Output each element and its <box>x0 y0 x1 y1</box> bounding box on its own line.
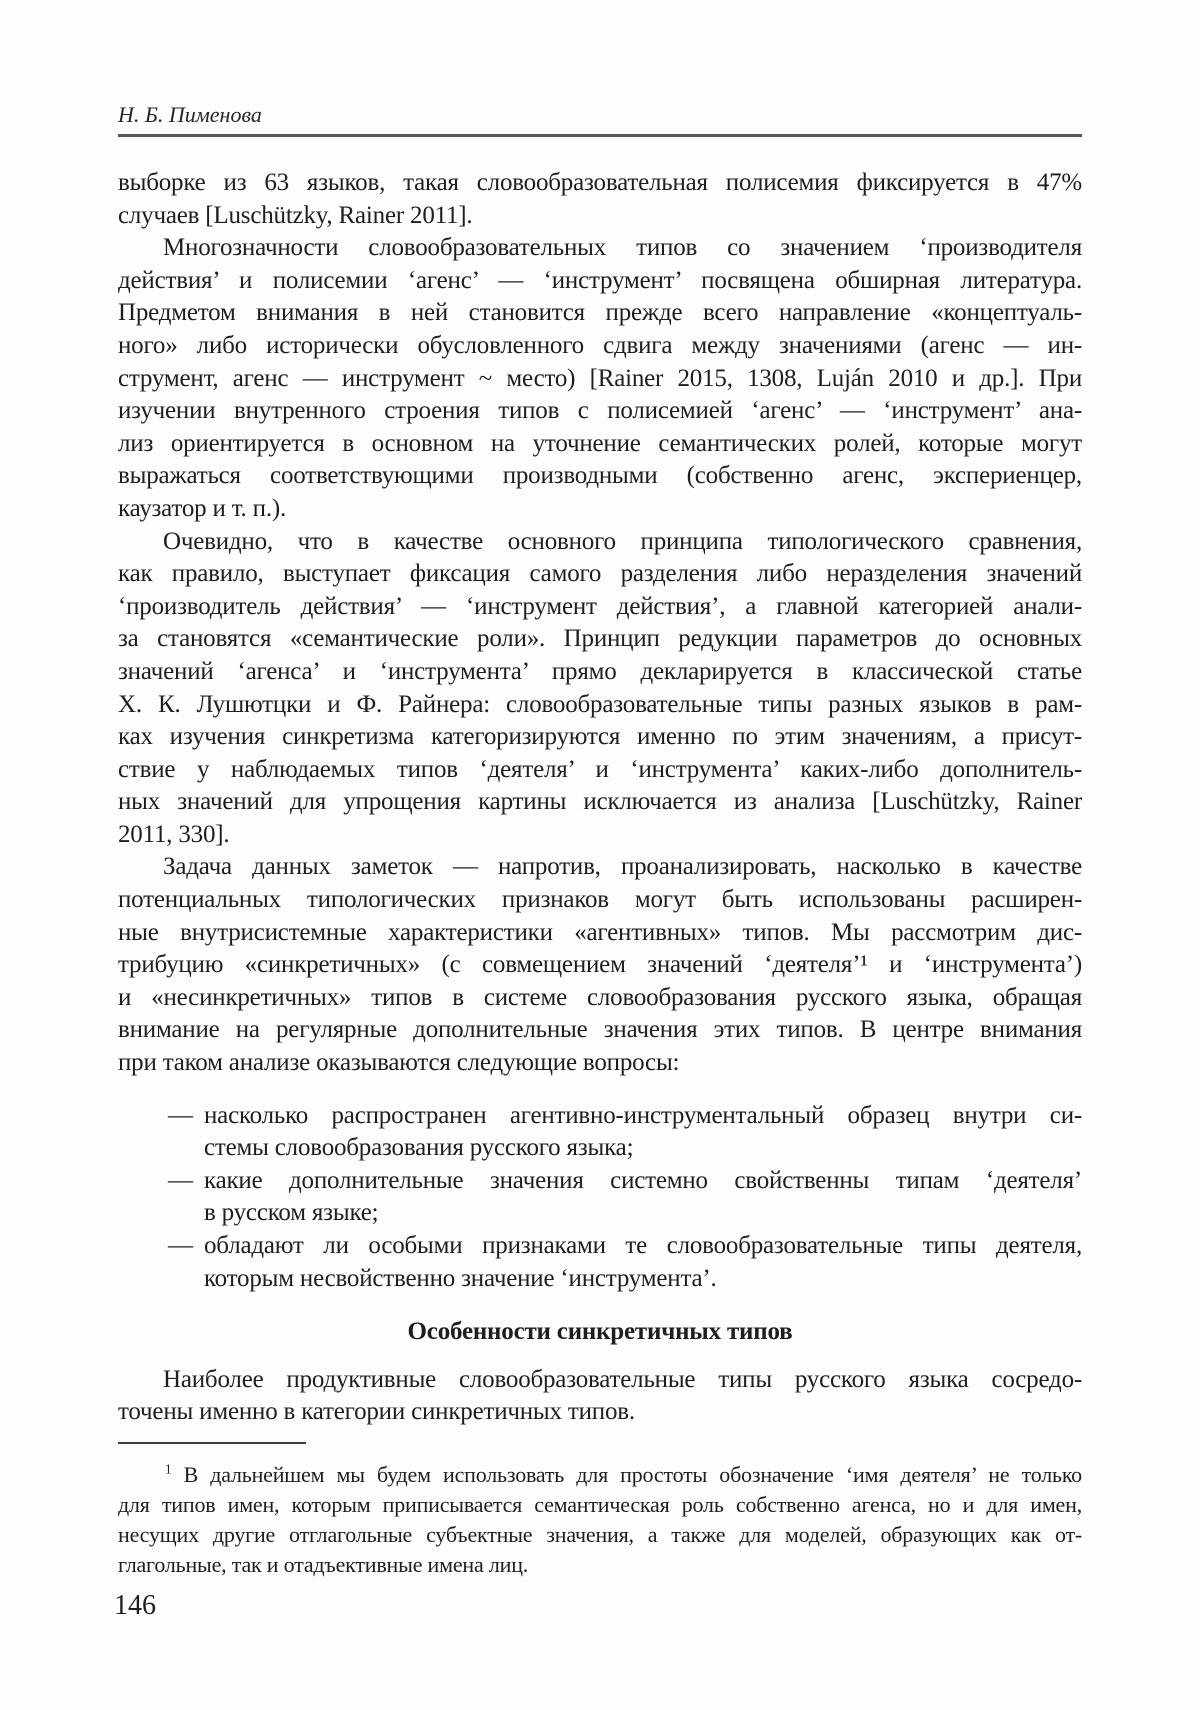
paragraph: Наиболее продуктивные словообразовательн… <box>118 1364 1082 1429</box>
paragraph: Многозначности словообразовательных типо… <box>118 232 1082 525</box>
text-line: в русском языке; <box>204 1197 1082 1230</box>
text-line: Х. К. Лушютцки и Ф. Райнера: словообразо… <box>118 689 1082 722</box>
text-line: потенциальных типологических признаков м… <box>118 884 1082 917</box>
text-line: случаев [Luschützky, Rainer 2011]. <box>118 200 1082 233</box>
text-line: какие дополнительные значения системно с… <box>204 1165 1082 1198</box>
list-item: —обладают ли особыми признаками те слово… <box>118 1230 1082 1295</box>
list-item: —какие дополнительные значения системно … <box>118 1165 1082 1230</box>
text-line: Очевидно, что в качестве основного принц… <box>118 526 1082 559</box>
footnote-marker: 1 <box>165 1462 171 1477</box>
text-line: ках изучения синкретизма категоризируютс… <box>118 721 1082 754</box>
list-dash: — <box>168 1230 193 1263</box>
question-list: —насколько распространен агентивно-инстр… <box>118 1100 1082 1296</box>
text-line: 2011, 330]. <box>118 819 1082 852</box>
text-line: ствие у наблюдаемых типов ‘деятеля’ и ‘и… <box>118 754 1082 787</box>
list-item: —насколько распространен агентивно-инстр… <box>118 1100 1082 1165</box>
text-line: выборке из 63 языков, такая словообразов… <box>118 167 1082 200</box>
body-text: выборке из 63 языков, такая словообразов… <box>118 167 1082 1429</box>
text-line: каузатор и т. п.). <box>118 493 1082 526</box>
footnote-line: несущих другие отглагольные субъектные з… <box>118 1520 1082 1550</box>
list-dash: — <box>168 1165 193 1198</box>
text-line: Задача данных заметок — напротив, проана… <box>118 851 1082 884</box>
text-line: трибуцию «синкретичных» (с совмещением з… <box>118 949 1082 982</box>
page-number: 146 <box>114 1590 156 1622</box>
text-line: за становятся «семантические роли». Прин… <box>118 623 1082 656</box>
text-line: при таком анализе оказываются следующие … <box>118 1047 1082 1080</box>
text-line: действия’ и полисемии ‘агенс’ — ‘инструм… <box>118 265 1082 298</box>
footnote-line: глагольные, так и отадъективные имена ли… <box>118 1550 1082 1580</box>
document-page: Н. Б. Пименова выборке из 63 языков, так… <box>0 0 1200 1710</box>
text-line: ного» либо исторически обусловленного сд… <box>118 330 1082 363</box>
text-line: ‘производитель действия’ — ‘инструмент д… <box>118 591 1082 624</box>
text-line: точены именно в категории синкретичных т… <box>118 1396 1082 1429</box>
header-rule <box>118 134 1082 137</box>
text-line: струмент, агенс — инструмент ~ место) [R… <box>118 363 1082 396</box>
footnote-line: для типов имен, которым приписывается се… <box>118 1490 1082 1520</box>
text-line: насколько распространен агентивно-инстру… <box>204 1100 1082 1133</box>
text-line: изучении внутренного строения типов с по… <box>118 395 1082 428</box>
running-head: Н. Б. Пименова <box>118 103 1082 127</box>
text-line: ных значений для упрощения картины исклю… <box>118 786 1082 819</box>
text-line: стемы словообразования русского языка; <box>204 1132 1082 1165</box>
running-head-author: Н. Б. Пименова <box>118 102 262 127</box>
footnote-line: 1 В дальнейшем мы будем использовать для… <box>118 1460 1082 1490</box>
footnote: 1 В дальнейшем мы будем использовать для… <box>118 1460 1082 1580</box>
section-heading: Особенности синкретичных типов <box>118 1316 1082 1349</box>
text-line: Наиболее продуктивные словообразовательн… <box>118 1364 1082 1397</box>
paragraph: Очевидно, что в качестве основного принц… <box>118 526 1082 852</box>
text-line: обладают ли особыми признаками те словоо… <box>204 1230 1082 1263</box>
text-line: Предметом внимания в ней становится преж… <box>118 297 1082 330</box>
text-line: значений ‘агенса’ и ‘инструмента’ прямо … <box>118 656 1082 689</box>
text-line: как правило, выступает фиксация самого р… <box>118 558 1082 591</box>
text-line: Многозначности словообразовательных типо… <box>118 232 1082 265</box>
text-line: лиз ориентируется в основном на уточнени… <box>118 428 1082 461</box>
text-block: Н. Б. Пименова выборке из 63 языков, так… <box>118 103 1082 1580</box>
text-line: ные внутрисистемные характеристики «аген… <box>118 917 1082 950</box>
text-line: которым несвойственно значение ‘инструме… <box>204 1263 1082 1296</box>
paragraph: Задача данных заметок — напротив, проана… <box>118 851 1082 1079</box>
text-line: выражаться соответствующими производными… <box>118 460 1082 493</box>
text-line: внимание на регулярные дополнительные зн… <box>118 1014 1082 1047</box>
list-dash: — <box>168 1100 193 1133</box>
footnote-separator <box>118 1442 306 1444</box>
paragraph: выборке из 63 языков, такая словообразов… <box>118 167 1082 232</box>
text-line: и «несинкретичных» типов в системе слово… <box>118 982 1082 1015</box>
